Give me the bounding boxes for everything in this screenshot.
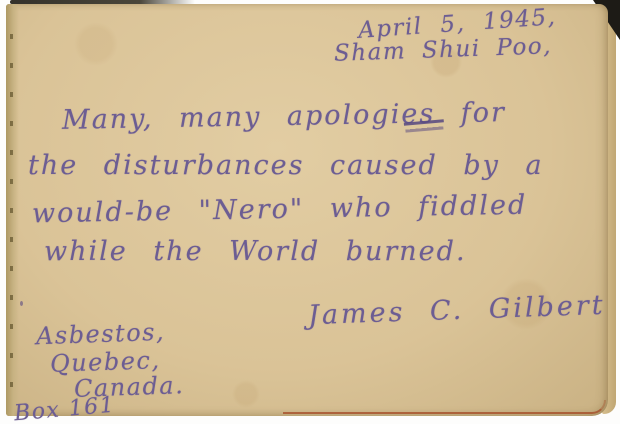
binding-edge xyxy=(6,4,19,416)
red-page-edge-line xyxy=(283,400,606,414)
address-line: Box 161 xyxy=(13,393,116,424)
album-page: April 5, 1945, Sham Shui Poo, Many, many… xyxy=(6,4,608,416)
body-line: would-be "Nero" who fiddled xyxy=(32,190,528,230)
body-line: Many, many apologies for xyxy=(62,97,506,136)
signature: James C. Gilbert xyxy=(308,290,607,331)
stitch-marks xyxy=(10,10,13,410)
ink-dot xyxy=(20,301,23,306)
address-line: Asbestos, xyxy=(36,318,166,350)
scanned-document: April 5, 1945, Sham Shui Poo, Many, many… xyxy=(0,0,620,424)
body-line: while the World burned. xyxy=(44,236,467,267)
body-line: the disturbances caused by a xyxy=(28,150,544,181)
